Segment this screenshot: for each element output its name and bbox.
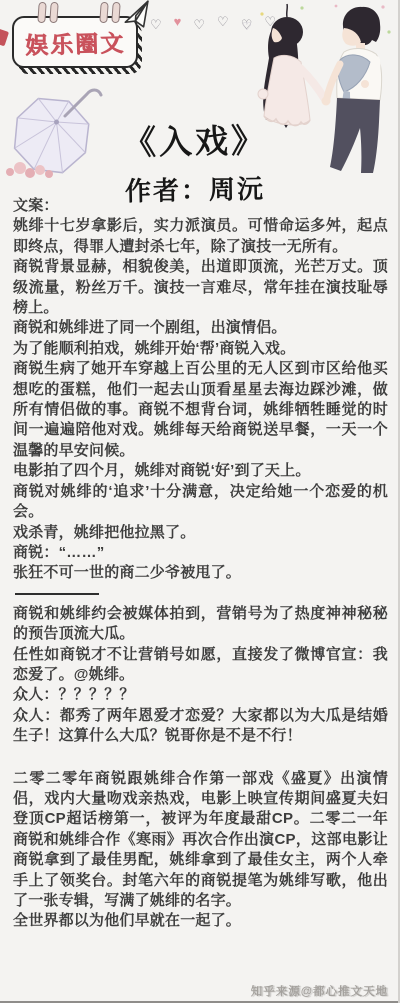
heart-icon: ♡ <box>217 14 229 30</box>
svg-text:♡: ♡ <box>242 21 252 33</box>
paragraph: 商锐：“……” <box>13 543 388 563</box>
heart-icon: ♡ <box>150 17 162 33</box>
doc-label: 文案： <box>13 196 388 216</box>
binder-ring-icon <box>37 2 46 24</box>
heart-icon: ♡ <box>193 17 205 33</box>
watermark: 知乎来源@都心推文天地 <box>251 983 388 999</box>
paragraph: 众人：都秀了两年恩爱才恋爱？大家都以为大瓜是结婚生子！这算什么大瓜？锐哥你是不是… <box>13 706 388 747</box>
paragraph: 为了能顺利拍戏，姚绯开始‘帮’商锐入戏。 <box>13 339 388 359</box>
paragraph: 电影拍了四个月，姚绯对商锐‘好’到了天上。 <box>13 461 388 481</box>
heart-icon: ♥ <box>174 14 182 30</box>
badge-label: 娱乐圈文 <box>25 24 126 60</box>
paragraph: 商锐对姚绯的‘追求’十分满意，决定给她一个恋爱的机会。 <box>13 482 388 523</box>
recommendation-card: 娱乐圈文 ♡ ♥ ♡ ♡ ♡ ♡ ♡ <box>0 0 400 1003</box>
paragraph: 张狂不可一世的商二少爷被甩了。 <box>13 563 388 583</box>
paragraph-gap <box>13 747 388 769</box>
paragraph: 戏杀青，姚绯把他拉黑了。 <box>13 523 388 543</box>
paragraph: 商锐和姚绯进了同一个剧组，出演情侣。 <box>13 318 388 338</box>
paragraph: 任性如商锐才不让营销号如愿，直接发了微博官宣：我恋爱了。@姚绯。 <box>13 645 388 686</box>
binder-ring-icon <box>49 2 58 24</box>
title-block: 《入戏》 作者：周沅 <box>60 116 330 207</box>
paragraph: 商锐背景显赫，相貌俊美，出道即顶流，光芒万丈。顶级流量，粉丝万千。演技一言难尽，… <box>13 257 388 318</box>
synopsis-text: 文案： 姚绯十七岁拿影后，实力派演员。可惜命运多舛，起点即终点，得罪人遭封杀七年… <box>0 196 400 932</box>
paragraph: 姚绯十七岁拿影后，实力派演员。可惜命运多舛，起点即终点，得罪人遭封杀七年，除了演… <box>13 216 388 257</box>
binder-ring-icon <box>99 2 108 24</box>
divider-line <box>15 593 99 595</box>
novel-title: 《入戏》 <box>60 114 331 166</box>
paragraph: 众人：？？？？？ <box>13 685 388 705</box>
paragraph: 全世界都以为他们早就在一起了。 <box>13 911 388 931</box>
red-corner-mark <box>0 29 9 47</box>
paragraph: 商锐和姚绯约会被媒体拍到，营销号为了热度神神秘秘的预告顶流大瓜。 <box>13 604 388 645</box>
paragraph: 商锐生病了她开车穿越上百公里的无人区到市区给他买想吃的蛋糕，他们一起去山顶看星星… <box>13 359 388 461</box>
paragraph: 二零二零年商锐跟姚绯合作第一部戏《盛夏》出演情侣，戏内大量吻戏亲热戏，电影上映宣… <box>13 769 388 912</box>
